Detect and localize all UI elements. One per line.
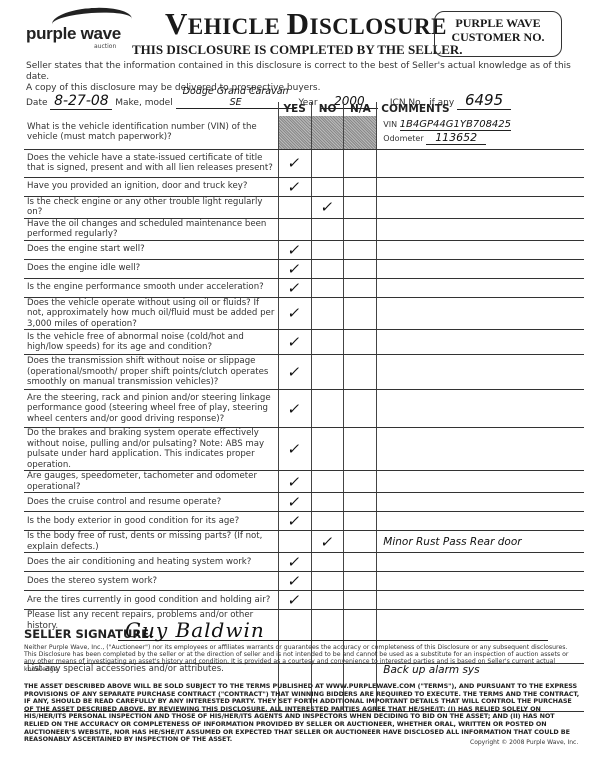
checkmark-icon: ✓ xyxy=(287,304,303,322)
comment-field[interactable] xyxy=(377,471,584,493)
checkmark-icon: ✓ xyxy=(287,363,303,381)
checkbox-na[interactable] xyxy=(344,330,377,355)
comment-field[interactable] xyxy=(377,177,584,196)
logo-text: purple wave xyxy=(26,24,121,44)
question-text: Are gauges, speedometer, tachometer and … xyxy=(24,471,278,493)
checkbox-no[interactable] xyxy=(311,330,344,355)
checkbox-yes[interactable]: ✓ xyxy=(278,390,311,428)
checkbox-no[interactable] xyxy=(311,297,344,330)
table-row: Are the tires currently in good conditio… xyxy=(24,591,584,610)
checkbox-yes[interactable] xyxy=(278,218,311,240)
table-row: Is the engine performance smooth under a… xyxy=(24,278,584,297)
checkmark-icon: ✓ xyxy=(287,241,303,259)
checkbox-yes[interactable]: ✓ xyxy=(278,572,311,591)
checkmark-icon: ✓ xyxy=(287,440,303,458)
checkbox-na[interactable] xyxy=(344,428,377,471)
terms-text: THE ASSET DESCRIBED ABOVE WILL BE SOLD S… xyxy=(24,683,580,744)
checkbox-yes[interactable]: ✓ xyxy=(278,591,311,610)
comment-field[interactable] xyxy=(377,259,584,278)
checkbox-na[interactable] xyxy=(344,553,377,572)
checkbox-no[interactable] xyxy=(311,116,344,149)
purple-wave-logo: purple wave auction xyxy=(22,8,132,48)
checkbox-na[interactable] xyxy=(344,471,377,493)
comment-field[interactable] xyxy=(377,330,584,355)
table-row: Does the vehicle have a state-issued cer… xyxy=(24,149,584,177)
question-text: Is the body exterior in good condition f… xyxy=(24,512,278,531)
comment-field[interactable] xyxy=(377,553,584,572)
question-text: Are the steering, rack and pinion and/or… xyxy=(24,390,278,428)
comment-field[interactable] xyxy=(377,493,584,512)
comment-field[interactable] xyxy=(377,572,584,591)
checkbox-na[interactable] xyxy=(344,297,377,330)
checkbox-no[interactable] xyxy=(311,390,344,428)
checkmark-icon: ✓ xyxy=(319,198,335,216)
checkmark-icon: ✓ xyxy=(287,154,303,172)
checkbox-yes[interactable]: ✓ xyxy=(278,330,311,355)
vin-field[interactable]: 1B4GP44G1YB708425 xyxy=(400,119,511,131)
comment-field[interactable] xyxy=(377,196,584,218)
question-text: Does the engine start well? xyxy=(24,240,278,259)
question-text: Does the engine idle well? xyxy=(24,259,278,278)
checkbox-na[interactable] xyxy=(344,390,377,428)
table-row: Have you provided an ignition, door and … xyxy=(24,177,584,196)
customer-box-line2: CUSTOMER NO. xyxy=(435,30,561,44)
checkbox-yes[interactable]: ✓ xyxy=(278,428,311,471)
comment-field[interactable]: VIN 1B4GP44G1YB708425Odometer 113652 xyxy=(377,116,584,149)
question-text: Does the stereo system work? xyxy=(24,572,278,591)
customer-number-box[interactable]: PURPLE WAVE CUSTOMER NO. xyxy=(434,11,562,57)
header-yes: YES xyxy=(278,102,311,116)
header-comments: COMMENTS xyxy=(377,102,584,116)
question-text: Is the vehicle free of abnormal noise (c… xyxy=(24,330,278,355)
comment-field[interactable] xyxy=(377,355,584,390)
table-row: Does the transmission shift without nois… xyxy=(24,355,584,390)
comment-field[interactable] xyxy=(377,428,584,471)
checkbox-na[interactable] xyxy=(344,591,377,610)
table-row: Do the brakes and braking system operate… xyxy=(24,428,584,471)
checkmark-icon: ✓ xyxy=(287,591,303,609)
question-text: Does the transmission shift without nois… xyxy=(24,355,278,390)
comment-field[interactable] xyxy=(377,149,584,177)
checkbox-no[interactable] xyxy=(311,572,344,591)
comment-text: Minor Rust Pass Rear door xyxy=(383,536,521,548)
comment-field[interactable] xyxy=(377,218,584,240)
checkbox-no[interactable] xyxy=(311,493,344,512)
comment-field[interactable] xyxy=(377,278,584,297)
checkbox-no[interactable] xyxy=(311,177,344,196)
checkmark-icon: ✓ xyxy=(287,473,303,491)
checkmark-icon: ✓ xyxy=(287,260,303,278)
question-text: Is the body free of rust, dents or missi… xyxy=(24,531,278,553)
odometer-label: Odometer xyxy=(383,134,423,143)
question-text: Does the cruise control and resume opera… xyxy=(24,493,278,512)
comment-field[interactable] xyxy=(377,390,584,428)
checkbox-no[interactable] xyxy=(311,149,344,177)
comment-field[interactable] xyxy=(377,240,584,259)
comment-field[interactable] xyxy=(377,591,584,610)
checkbox-no[interactable] xyxy=(311,278,344,297)
checkbox-na[interactable] xyxy=(344,177,377,196)
question-text: Does the vehicle have a state-issued cer… xyxy=(24,149,278,177)
vin-label: VIN xyxy=(383,120,397,129)
seller-signature-field[interactable]: Guy Baldwin xyxy=(125,618,265,642)
checkbox-yes[interactable]: ✓ xyxy=(278,493,311,512)
table-row: Does the air conditioning and heating sy… xyxy=(24,553,584,572)
checkbox-no[interactable] xyxy=(311,591,344,610)
comment-field[interactable]: Minor Rust Pass Rear door xyxy=(377,531,584,553)
checkmark-icon: ✓ xyxy=(287,178,303,196)
table-row: Is the body exterior in good condition f… xyxy=(24,512,584,531)
table-row: Have the oil changes and scheduled maint… xyxy=(24,218,584,240)
checkbox-na[interactable] xyxy=(344,572,377,591)
table-row: Is the body free of rust, dents or missi… xyxy=(24,531,584,553)
page-title: VEHICLE DISCLOSURE xyxy=(165,6,447,42)
checkbox-no[interactable] xyxy=(311,240,344,259)
checkbox-no[interactable] xyxy=(311,471,344,493)
customer-box-line1: PURPLE WAVE xyxy=(435,16,561,30)
checkmark-icon: ✓ xyxy=(287,400,303,418)
checkbox-yes[interactable]: ✓ xyxy=(278,512,311,531)
checkbox-yes[interactable]: ✓ xyxy=(278,177,311,196)
table-row: Is the check engine or any other trouble… xyxy=(24,196,584,218)
checkbox-na[interactable] xyxy=(344,278,377,297)
checkbox-no[interactable] xyxy=(311,355,344,390)
disclosure-table: YES NO N/A COMMENTS What is the vehicle … xyxy=(24,102,584,712)
table-row: Are the steering, rack and pinion and/or… xyxy=(24,390,584,428)
checkmark-icon: ✓ xyxy=(287,553,303,571)
checkbox-na[interactable] xyxy=(344,355,377,390)
question-text: Are the tires currently in good conditio… xyxy=(24,591,278,610)
comment-field[interactable] xyxy=(377,512,584,531)
question-text: Have you provided an ignition, door and … xyxy=(24,177,278,196)
checkbox-na[interactable] xyxy=(344,196,377,218)
checkbox-no[interactable] xyxy=(311,218,344,240)
checkbox-na[interactable] xyxy=(344,116,377,149)
checkbox-na[interactable] xyxy=(344,149,377,177)
checkbox-no[interactable]: ✓ xyxy=(311,531,344,553)
checkmark-icon: ✓ xyxy=(287,279,303,297)
checkmark-icon: ✓ xyxy=(287,333,303,351)
checkbox-yes[interactable]: ✓ xyxy=(278,240,311,259)
disclaimer-text: Neither Purple Wave, Inc., ("Auctioneer"… xyxy=(24,644,580,673)
table-row: Is the vehicle free of abnormal noise (c… xyxy=(24,330,584,355)
checkbox-na[interactable] xyxy=(344,493,377,512)
question-text: Is the check engine or any other trouble… xyxy=(24,196,278,218)
table-row: Are gauges, speedometer, tachometer and … xyxy=(24,471,584,493)
checkbox-yes[interactable]: ✓ xyxy=(278,297,311,330)
checkbox-yes[interactable] xyxy=(278,531,311,553)
checkmark-icon: ✓ xyxy=(287,572,303,590)
checkbox-yes[interactable]: ✓ xyxy=(278,259,311,278)
table-row: Does the cruise control and resume opera… xyxy=(24,493,584,512)
question-text: Does the vehicle operate without using o… xyxy=(24,297,278,330)
table-row: Does the stereo system work?✓ xyxy=(24,572,584,591)
checkbox-yes[interactable]: ✓ xyxy=(278,553,311,572)
checkbox-no[interactable] xyxy=(311,259,344,278)
question-text: Does the air conditioning and heating sy… xyxy=(24,553,278,572)
checkbox-yes[interactable] xyxy=(278,196,311,218)
question-text: What is the vehicle identification numbe… xyxy=(24,116,278,149)
checkbox-no[interactable] xyxy=(311,428,344,471)
odometer-field[interactable]: 113652 xyxy=(426,131,486,145)
checkbox-yes[interactable]: ✓ xyxy=(278,278,311,297)
header-no: NO xyxy=(311,102,344,116)
question-text: Is the engine performance smooth under a… xyxy=(24,278,278,297)
checkbox-na[interactable] xyxy=(344,240,377,259)
checkbox-na[interactable] xyxy=(344,531,377,553)
comment-field[interactable] xyxy=(377,297,584,330)
table-row: What is the vehicle identification numbe… xyxy=(24,116,584,149)
checkbox-yes[interactable]: ✓ xyxy=(278,149,311,177)
copyright: Copyright © 2008 Purple Wave, Inc. xyxy=(470,739,578,746)
checkbox-yes[interactable]: ✓ xyxy=(278,471,311,493)
checkbox-na[interactable] xyxy=(344,218,377,240)
checkmark-icon: ✓ xyxy=(319,533,335,551)
checkbox-no[interactable] xyxy=(311,553,344,572)
checkbox-na[interactable] xyxy=(344,259,377,278)
table-row: Does the engine start well?✓ xyxy=(24,240,584,259)
checkbox-na[interactable] xyxy=(344,512,377,531)
question-text: Have the oil changes and scheduled maint… xyxy=(24,218,278,240)
page-subtitle: THIS DISCLOSURE IS COMPLETED BY THE SELL… xyxy=(132,42,463,58)
question-text: Do the brakes and braking system operate… xyxy=(24,428,278,471)
checkbox-yes[interactable]: ✓ xyxy=(278,355,311,390)
checkbox-yes[interactable] xyxy=(278,116,311,149)
checkmark-icon: ✓ xyxy=(287,512,303,530)
checkmark-icon: ✓ xyxy=(287,493,303,511)
logo-subtext: auction xyxy=(94,43,116,50)
table-row: Does the engine idle well?✓ xyxy=(24,259,584,278)
checkbox-no[interactable]: ✓ xyxy=(311,196,344,218)
table-row: Does the vehicle operate without using o… xyxy=(24,297,584,330)
checkbox-no[interactable] xyxy=(311,512,344,531)
header-na: N/A xyxy=(344,102,377,116)
